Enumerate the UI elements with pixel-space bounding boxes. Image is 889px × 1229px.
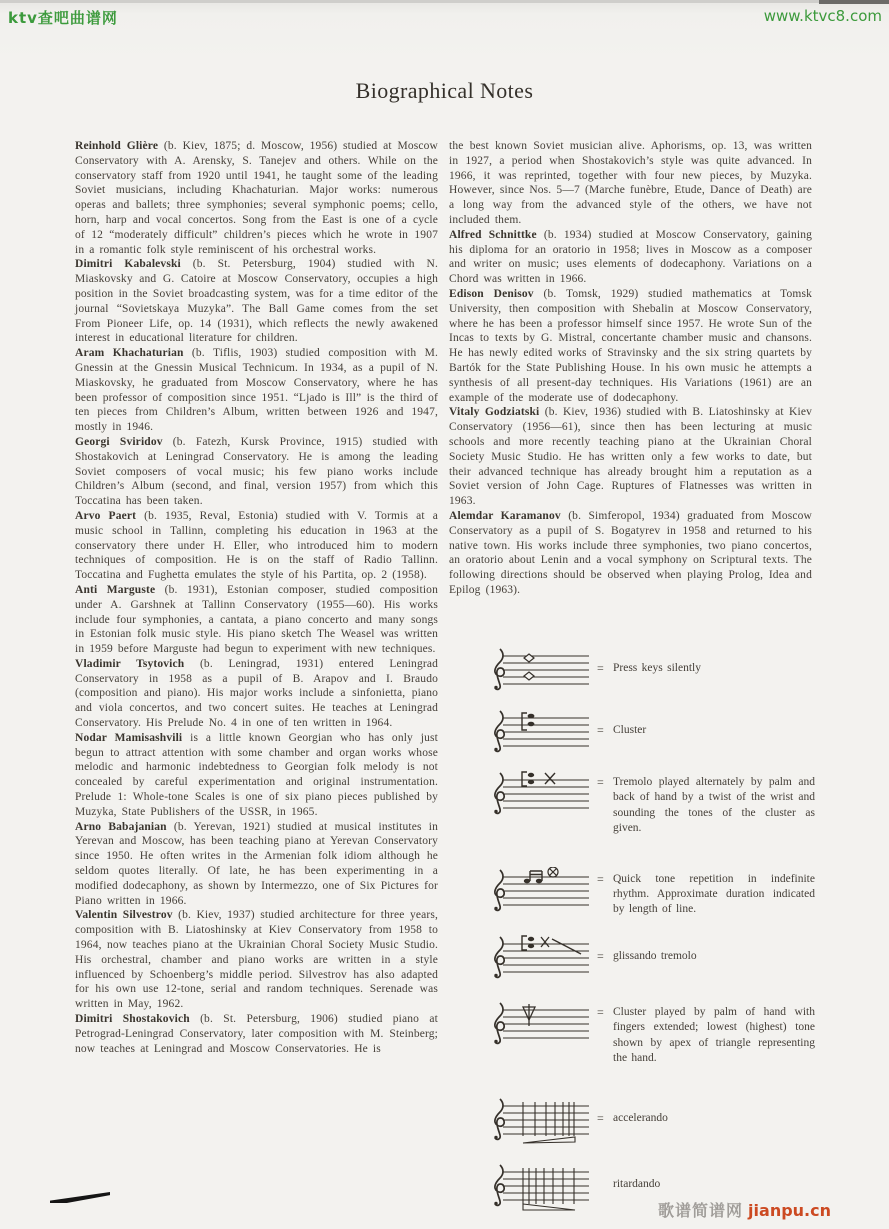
legend-text: ritardando <box>613 1162 815 1192</box>
staff-ritardando-icon <box>449 1162 597 1212</box>
bio-mamisashvili: Nodar Mamisashvili is a little known Geo… <box>75 731 438 820</box>
equals-sign: = <box>597 934 613 964</box>
equals-sign: = <box>597 867 613 887</box>
equals-sign: = <box>597 708 613 738</box>
legend-item-palm-cluster: = Cluster played by palm of hand with fi… <box>449 1000 815 1067</box>
page-title: Biographical Notes <box>0 78 889 104</box>
bio-godziatski: Vitaly Godziatski (b. Kiev, 1936) studie… <box>449 405 812 509</box>
scan-corner-mark <box>819 0 889 4</box>
legend-item-glissando-tremolo: = glissando tremolo <box>449 934 815 982</box>
legend-text: Cluster played by palm of hand with fing… <box>613 1000 815 1067</box>
scanned-book-page: ktv查吧曲谱网 www.ktvc8.com Biographical Note… <box>0 0 889 1229</box>
bio-marguste: Anti Marguste (b. 1931), Estonian compos… <box>75 583 438 657</box>
right-column: the best known Soviet musician alive. Ap… <box>449 139 812 598</box>
bio-sviridov: Georgi Sviridov (b. Fatezh, Kursk Provin… <box>75 435 438 509</box>
staff-cluster-icon <box>449 708 597 756</box>
legend-text: Press keys silently <box>613 646 815 676</box>
equals-sign <box>597 1162 613 1177</box>
staff-palm-cluster-icon <box>449 1000 597 1048</box>
equals-sign: = <box>597 1000 613 1020</box>
bio-gliere: Reinhold Glière (b. Kiev, 1875; d. Mosco… <box>75 139 438 257</box>
bio-babajanian: Arno Babajanian (b. Yerevan, 1921) studi… <box>75 820 438 909</box>
bio-shostakovich-continued: the best known Soviet musician alive. Ap… <box>449 139 812 228</box>
scan-top-edge <box>0 0 889 3</box>
legend-item-cluster: = Cluster <box>449 708 815 756</box>
legend-text: Cluster <box>613 708 815 738</box>
legend-text: glissando tremolo <box>613 934 815 964</box>
legend-item-press-keys: = Press keys silently <box>449 646 815 694</box>
equals-sign: = <box>597 770 613 790</box>
bio-kabalevski: Dimitri Kabalevski (b. St. Petersburg, 1… <box>75 257 438 346</box>
staff-quick-repetition-icon <box>449 867 597 915</box>
watermark-bottom-site: 歌谱简谱网 <box>658 1201 743 1220</box>
legend-item-quick-repetition: = Quick tone repetition in indefinite rh… <box>449 867 815 918</box>
legend-item-tremolo: = Tremolo played alternately by palm and… <box>449 770 815 837</box>
bio-paert: Arvo Paert (b. 1935, Reval, Estonia) stu… <box>75 509 438 583</box>
staff-glissando-tremolo-icon <box>449 934 597 982</box>
bio-tsytovich: Vladimir Tsytovich (b. Leningrad, 1931) … <box>75 657 438 731</box>
bio-schnittke: Alfred Schnittke (b. 1934) studied at Mo… <box>449 228 812 287</box>
staff-silent-keys-icon <box>449 646 597 694</box>
watermark-bottom-link: jianpu.cn <box>748 1201 831 1220</box>
legend-item-accelerando: = accelerando <box>449 1096 815 1146</box>
staff-accelerando-icon <box>449 1096 597 1146</box>
equals-sign: = <box>597 646 613 676</box>
notation-legend: = Press keys silently = Cluster <box>449 646 815 1212</box>
staff-tremolo-icon <box>449 770 597 818</box>
bio-silvestrov: Valentin Silvestrov (b. Kiev, 1937) stud… <box>75 908 438 1012</box>
bio-khachaturian: Aram Khachaturian (b. Tiflis, 1903) stud… <box>75 346 438 435</box>
legend-text: Tremolo played alternately by palm and b… <box>613 770 815 837</box>
legend-text: accelerando <box>613 1096 815 1126</box>
left-column: Reinhold Glière (b. Kiev, 1875; d. Mosco… <box>75 139 438 1056</box>
legend-text: Quick tone repetition in indefinite rhyt… <box>613 867 815 918</box>
watermark-bottom: 歌谱简谱网 jianpu.cn <box>658 1198 831 1221</box>
equals-sign: = <box>597 1096 613 1126</box>
bio-denisov: Edison Denisov (b. Tomsk, 1929) studied … <box>449 287 812 405</box>
watermark-top-left: ktv查吧曲谱网 <box>8 7 118 28</box>
scan-artifact-wedge <box>50 1192 110 1203</box>
bio-shostakovich: Dimitri Shostakovich (b. St. Petersburg,… <box>75 1012 438 1056</box>
bio-karamanov: Alemdar Karamanov (b. Simferopol, 1934) … <box>449 509 812 598</box>
watermark-top-right: www.ktvc8.com <box>764 7 882 25</box>
